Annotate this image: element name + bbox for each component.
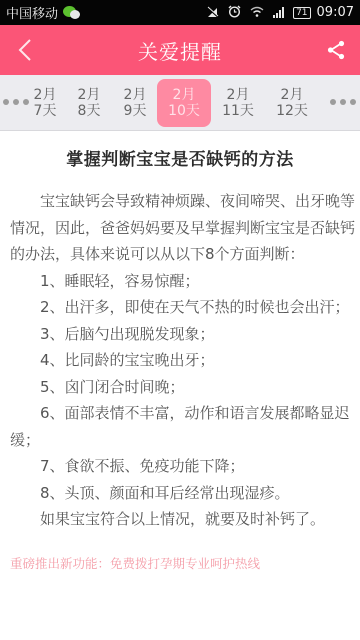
alarm-icon	[228, 5, 241, 20]
day-label: 11天	[222, 103, 254, 119]
day-label: 7天	[34, 103, 57, 119]
day-tab[interactable]: 2月 9天	[108, 79, 162, 127]
signal-icon	[273, 7, 284, 18]
list-item: 5、囟门闭合时间晚；	[10, 374, 355, 401]
mute-icon	[206, 6, 219, 20]
list-item: 6、面部表情不丰富，动作和语言发展都略显迟缓；	[10, 400, 355, 453]
app-header: 关爱提醒	[0, 25, 360, 75]
list-item: 7、食欲不振、免疫功能下降；	[10, 453, 355, 480]
list-item: 4、比同龄的宝宝晚出牙；	[10, 347, 355, 374]
day-label: 9天	[124, 103, 147, 119]
day-label: 12天	[276, 103, 308, 119]
chevron-left-icon	[18, 39, 32, 61]
back-button[interactable]	[10, 33, 40, 67]
list-item: 2、出汗多，即使在天气不热的时候也会出汗；	[10, 294, 355, 321]
article-body: 宝宝缺钙会导致精神烦躁、夜间啼哭、出牙晚等情况，因此，爸爸妈妈要及早掌握判断宝宝…	[10, 188, 355, 533]
status-bar: 中国移动 71 09:07	[0, 0, 360, 25]
wechat-icon	[63, 6, 81, 20]
day-month: 2月	[124, 87, 147, 103]
wifi-icon	[250, 6, 264, 19]
day-tab[interactable]: 2月 12天	[265, 79, 319, 127]
clock: 09:07	[317, 5, 354, 20]
day-tab-selected[interactable]: 2月 10天	[157, 79, 211, 127]
article-conclusion: 如果宝宝符合以上情况，就要及时补钙了。	[10, 506, 355, 533]
share-button[interactable]	[320, 33, 352, 67]
scroll-right-dots-icon[interactable]	[330, 99, 356, 105]
list-item: 8、头顶、颜面和耳后经常出现湿疹。	[10, 480, 355, 507]
day-month: 2月	[78, 87, 101, 103]
day-label: 10天	[168, 103, 200, 119]
date-strip: 2月 7天 2月 8天 2月 9天 2月 10天 2月 11天 2月 12天	[0, 75, 360, 131]
battery-icon: 71	[293, 7, 310, 19]
day-label: 8天	[78, 103, 101, 119]
list-item: 1、睡眠轻，容易惊醒；	[10, 268, 355, 295]
page-title: 关爱提醒	[138, 36, 222, 65]
article-title: 掌握判断宝宝是否缺钙的方法	[0, 145, 360, 170]
list-item: 3、后脑勺出现脱发现象；	[10, 321, 355, 348]
promo-link[interactable]: 重磅推出新功能：免费拨打孕期专业呵护热线	[10, 554, 260, 572]
day-tab[interactable]: 2月 11天	[211, 79, 265, 127]
day-month: 2月	[173, 87, 196, 103]
day-month: 2月	[227, 87, 250, 103]
day-month: 2月	[281, 87, 304, 103]
carrier-label: 中国移动	[6, 3, 58, 22]
article-intro: 宝宝缺钙会导致精神烦躁、夜间啼哭、出牙晚等情况，因此，爸爸妈妈要及早掌握判断宝宝…	[10, 188, 355, 268]
share-icon	[326, 40, 346, 60]
day-month: 2月	[34, 87, 57, 103]
